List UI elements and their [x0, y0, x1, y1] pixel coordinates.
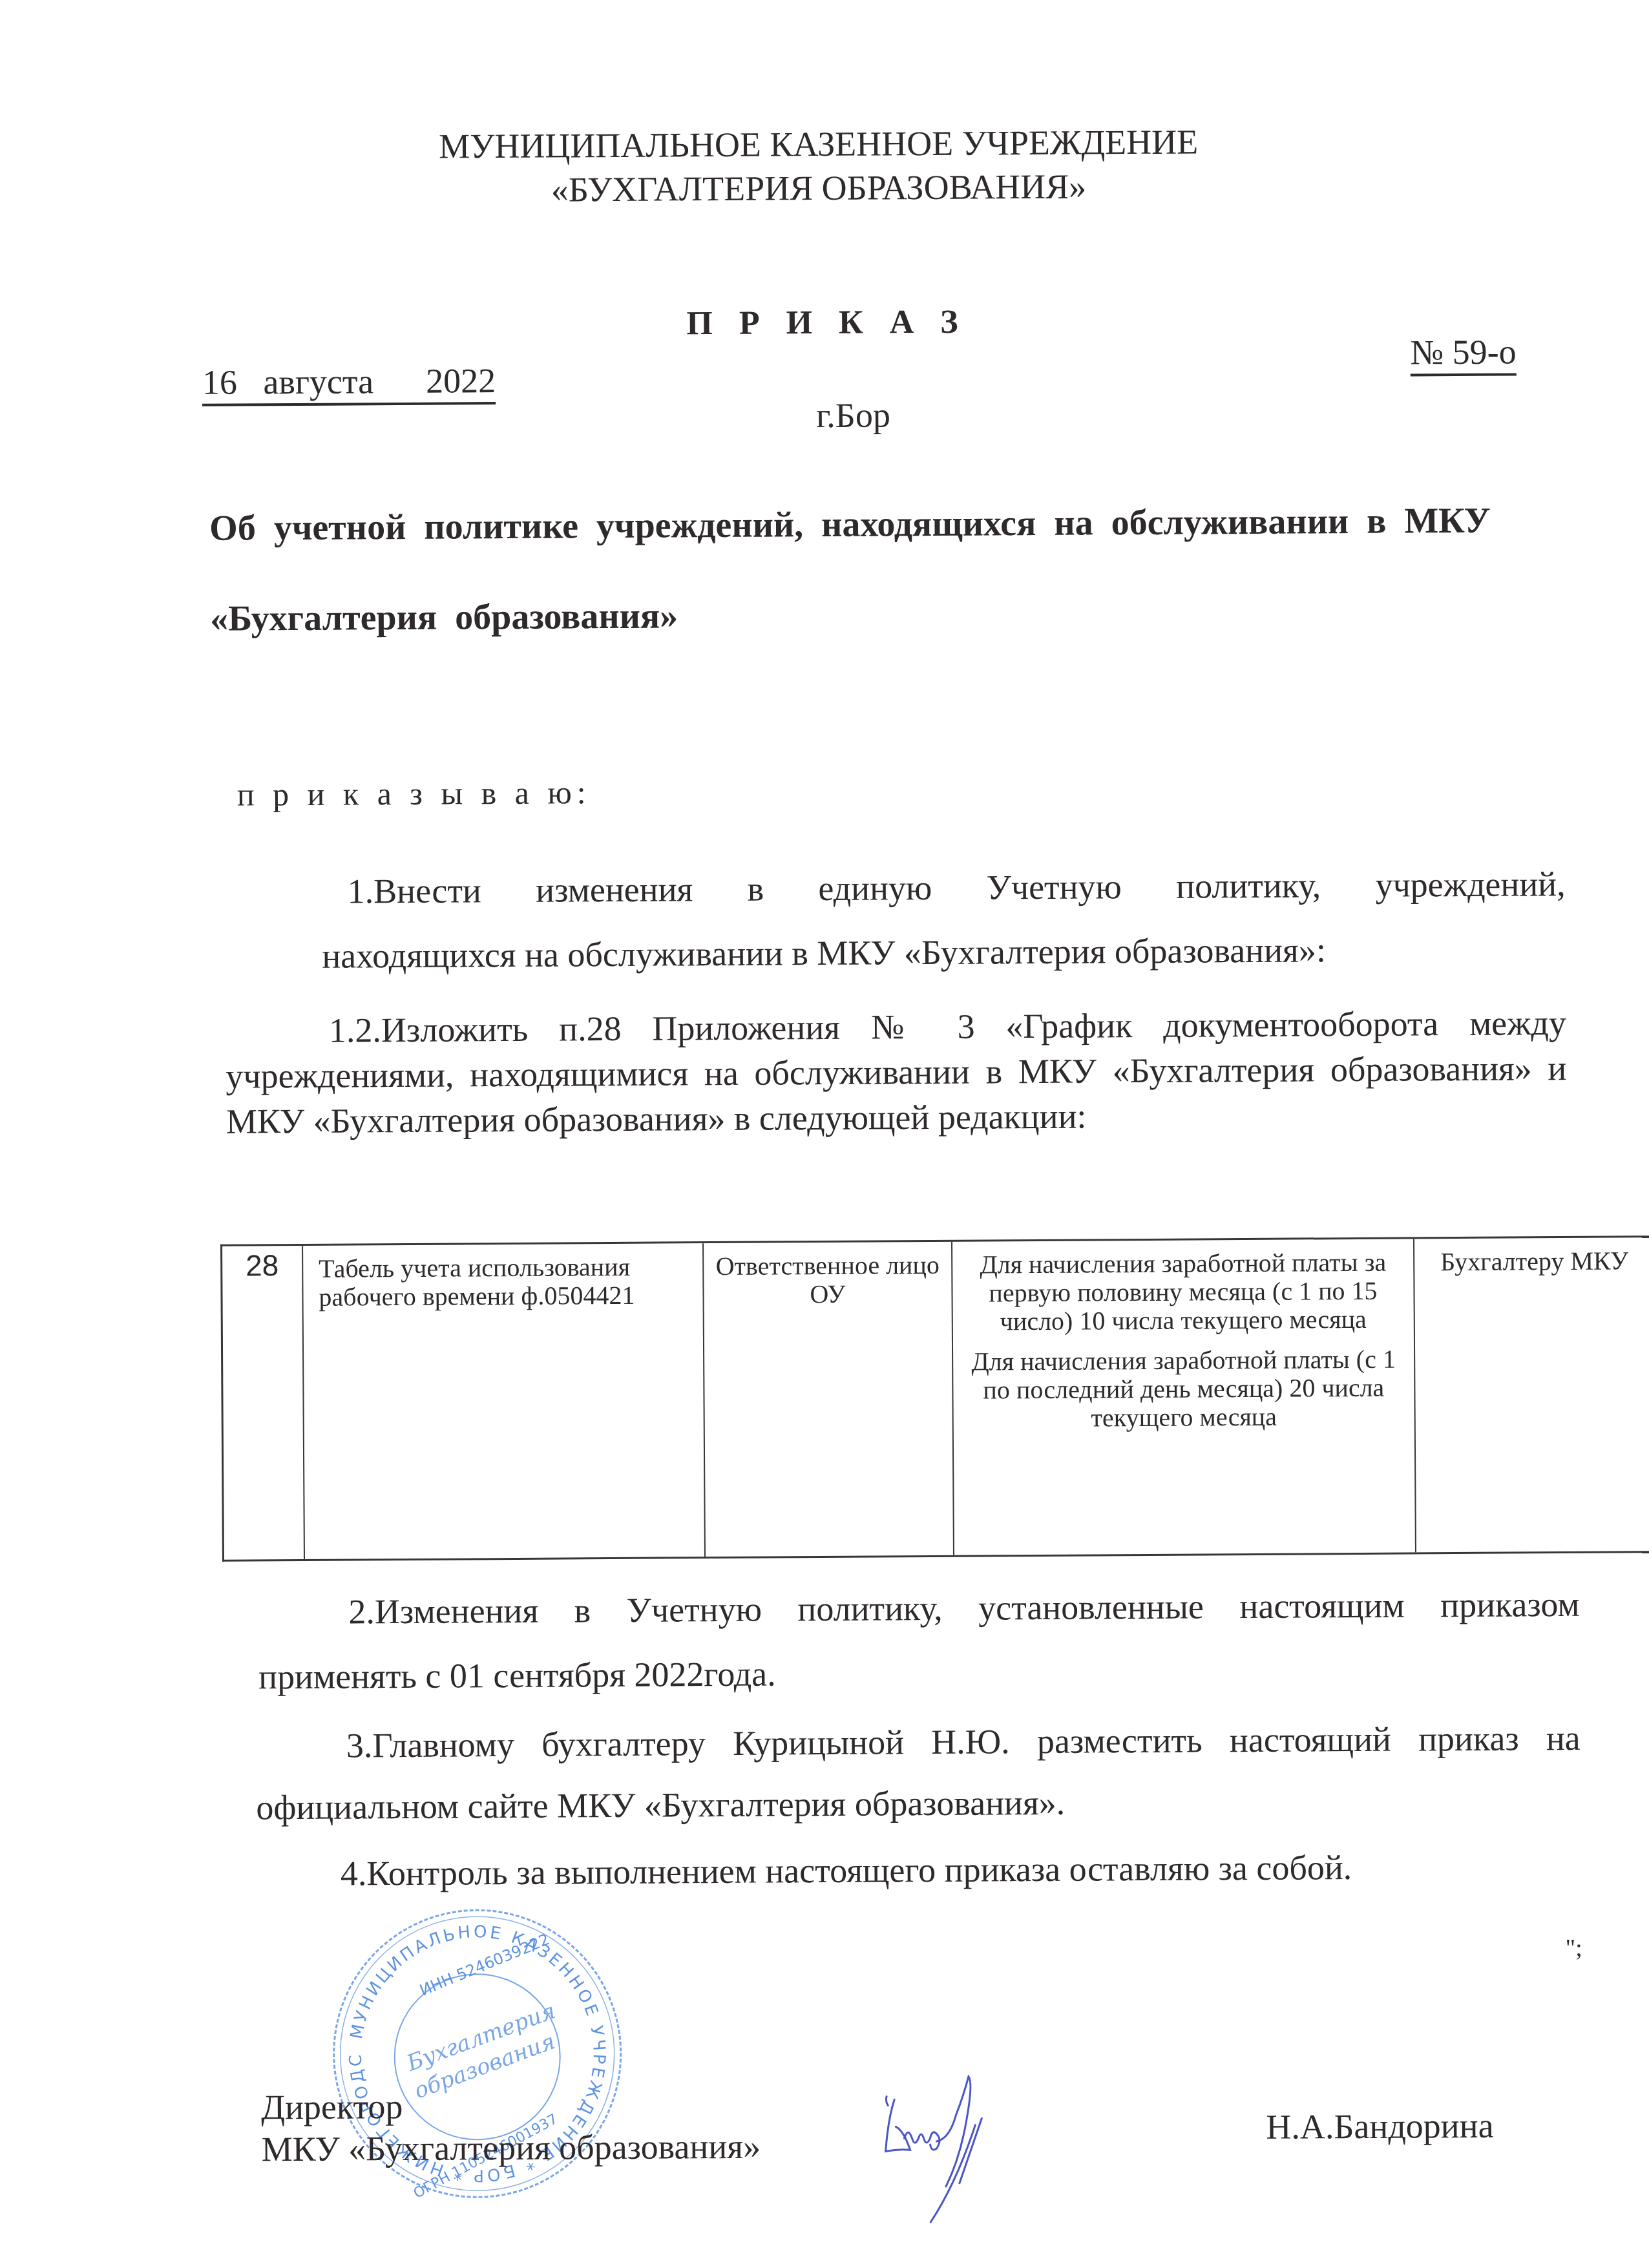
paragraph-1-line2: находящихся на обслуживании в МКУ «Бухга…	[322, 927, 1326, 978]
table-cell-recipient: Бухгалтеру МКУ	[1414, 1237, 1649, 1552]
order-word: п р и к а з ы в а ю:	[237, 773, 591, 813]
closing-quote-mark: ";	[1566, 1934, 1582, 1962]
table-cell-document: Табель учета использования рабочего врем…	[303, 1243, 706, 1559]
deadline-full-month: Для начисления заработной платы (с 1 по …	[958, 1345, 1409, 1433]
document-page: МУНИЦИПАЛЬНОЕ КАЗЕННОЕ УЧРЕЖДЕНИЕ «БУХГА…	[0, 0, 1649, 2268]
signer-role-line1: Директор	[261, 2086, 403, 2127]
deadline-first-half: Для начисления заработной платы за перву…	[958, 1248, 1409, 1336]
paragraph-1-line1: 1.Внести изменения в единую Учетную поли…	[347, 861, 1565, 914]
order-city: г.Бор	[816, 395, 890, 436]
order-date: 16 августа 2022	[202, 361, 496, 406]
table-cell-number: 28	[222, 1246, 305, 1560]
signer-role-line2: МКУ «Бухгалтерия образования»	[261, 2126, 761, 2170]
order-number: № 59-о	[1410, 331, 1516, 376]
paragraph-2: 2.Изменения в Учетную политику, установл…	[258, 1572, 1580, 1709]
document-type-title: П Р И К А З	[686, 303, 967, 343]
subject-line2: «Бухгалтерия образования»	[210, 590, 1567, 640]
paragraph-3: 3.Главному бухгалтеру Курицыной Н.Ю. раз…	[255, 1708, 1581, 1839]
table-cell-responsible: Ответственное лицо ОУ	[704, 1242, 954, 1557]
paragraph-4: 4.Контроль за выполнением настоящего при…	[341, 1845, 1352, 1896]
org-name-line2: «БУХГАЛТЕРИЯ ОБРАЗОВАНИЯ»	[0, 162, 1643, 215]
signer-name: Н.А.Бандорина	[1266, 2106, 1493, 2147]
paragraph-1-2: 1.2.Изложить п.28 Приложения № 3 «График…	[226, 1000, 1567, 1144]
document-flow-table: 28 Табель учета использования рабочего в…	[220, 1235, 1649, 1562]
table-cell-deadline: Для начисления заработной платы за перву…	[952, 1239, 1416, 1555]
subject-line1: Об учетной политике учреждений, находящи…	[209, 499, 1566, 549]
handwritten-signature-icon	[868, 2073, 998, 2229]
